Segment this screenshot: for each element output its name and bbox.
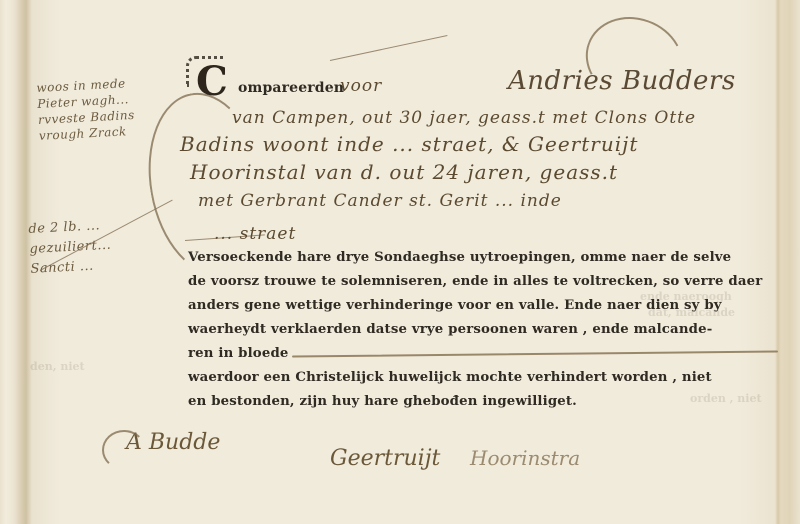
handwritten-line-1: van Campen, out 30 jaer, geass.t met Clo… [232,108,696,128]
printed-line-6: waerdoor een Christelijck huwelijck moch… [188,370,712,385]
margin-note-top: woos in mede Pieter wagh... rvveste Badi… [36,75,136,144]
document-page: ende naeroogh dat, malcande orden , niet… [0,0,800,524]
handwritten-line-5: ... straet [214,224,296,244]
fill-line [292,350,778,357]
handwritten-line-2: Badins woont inde ... straet, & Geertrui… [180,132,638,156]
printed-line-5: ren in bloede [188,346,289,361]
printed-line-1: Versoeckende hare drye Sondaeghse uytroe… [188,250,731,265]
decorative-initial: C [196,62,228,102]
printed-line-2: de voorsz trouwe te solemniseren, ende i… [188,274,762,289]
printed-line-4: waerheydt verklaerden datse vrye persoon… [188,322,712,337]
handwritten-voor: voor [340,76,382,96]
bleed-through-text: orden , niet [690,392,762,405]
signature-flourish [102,430,146,470]
handwritten-line-4: met Gerbrant Cander st. Gerit ... inde [198,191,562,211]
bride-surname-signature: Hoorinstra [470,446,580,470]
handwritten-line-3: Hoorinstal van d. out 24 jaren, geass.t [190,160,618,184]
bride-signature: Geertruijt [330,446,440,471]
printed-compareerden: ompareerden [238,80,344,96]
printed-line-7: en bestonden, zijn huy hare ghebođen ing… [188,394,577,409]
bleed-through-text: den, niet [30,360,85,373]
printed-line-3: anders gene wettige verhinderinge voor e… [188,298,722,313]
pen-stroke [330,35,448,61]
pen-flourish [574,4,696,117]
groom-name: Andries Budders [508,66,736,96]
